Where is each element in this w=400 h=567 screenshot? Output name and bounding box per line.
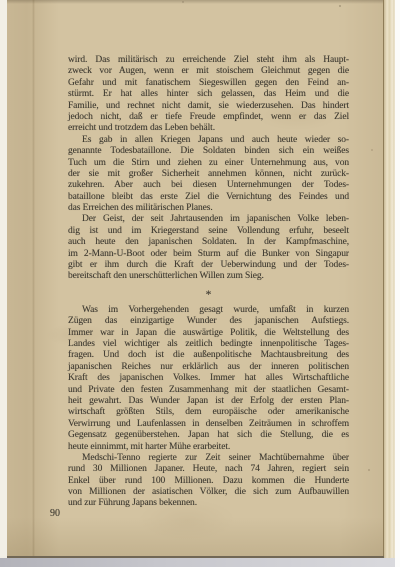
text-line: Verwirrung und Laufenlassen in denselben… xyxy=(68,419,349,430)
text-line: heit gewahrt. Das Wunder Japan ist der E… xyxy=(68,396,349,407)
text-line: heute einnimmt, mit harter Mühe erarbeit… xyxy=(68,442,349,453)
text-line: im 2-Mann-U-Boot oder beim Sturm auf die… xyxy=(68,249,349,260)
text-line: und Private den festen Zusammenhang mit … xyxy=(68,385,349,396)
text-line: zweck vor Augen, wenn er mit stoischem G… xyxy=(68,66,349,77)
text-line: japanischen Reiches nur erklärlich aus d… xyxy=(68,362,349,373)
text-line: Gegensatz gegenüberstehen. Japan hat sic… xyxy=(68,430,349,441)
scanner-background xyxy=(0,558,396,567)
text-line: genannte Todesbataillone. Die Soldaten b… xyxy=(68,146,349,157)
text-line: wirtschaft größten Stils, dem europäisch… xyxy=(68,407,349,418)
text-line: der sie mit großer Sicherheit annehmen k… xyxy=(68,169,349,180)
text-line: und zur Führung Japans bekennen. xyxy=(68,498,349,509)
text-line: bataillone bleibt das erste Ziel die Ver… xyxy=(68,192,349,203)
text-line: gibt er ihm durch die Kraft der Ueberwin… xyxy=(68,260,349,271)
text-line: Enkel über rund 100 Millionen. Dazu komm… xyxy=(68,476,349,487)
text-line: wird. Das militärisch zu erreichende Zie… xyxy=(68,55,349,66)
book-page: wird. Das militärisch zu erreichende Zie… xyxy=(7,0,384,556)
text-line: fragen. Und doch ist die außenpolitische… xyxy=(68,350,349,361)
page-edge-stack xyxy=(384,0,395,559)
text-line: rund 30 Millionen Japaner. Heute, nach 7… xyxy=(68,464,349,475)
page-crease xyxy=(32,0,35,556)
text-line: bereitschaft den unerschütterlichen Will… xyxy=(68,271,349,282)
text-line: Zügen das einzigartige Wunder des japani… xyxy=(68,316,349,327)
text-line: stürmt. Er hat alles hinter sich gelasse… xyxy=(68,89,349,100)
scan-margin-right xyxy=(395,0,400,567)
text-line: Landes viel wichtiger als zeitlich bedin… xyxy=(68,339,349,350)
text-line: Es gab in allen Kriegen Japans und auch … xyxy=(68,135,349,146)
page-number: 90 xyxy=(50,508,60,519)
text-line: Medschi-Tenno regierte zur Zeit seiner M… xyxy=(68,453,349,464)
text-line: Was im Vorhergehenden gesagt wurde, umfa… xyxy=(68,305,349,316)
scanned-book-page: wird. Das militärisch zu erreichende Zie… xyxy=(0,0,400,567)
text-line: zukehren. Aber auch bei diesen Unternehm… xyxy=(68,180,349,191)
text-line: Familie, und rechnet nicht damit, sie wi… xyxy=(68,101,349,112)
text-line: dig ist und im Kriegerstand seine Vollen… xyxy=(68,226,349,237)
text-block: wird. Das militärisch zu erreichende Zie… xyxy=(68,55,349,510)
text-line: das Erreichen des militärischen Planes. xyxy=(68,203,349,214)
section-separator: * xyxy=(68,283,349,305)
text-line: auch heute den japanischen Soldaten. In … xyxy=(68,237,349,248)
text-line: jedoch nicht, daß er tiefe Freude empfin… xyxy=(68,112,349,123)
text-line: Tuch um die Stirn und ziehen zu einer Un… xyxy=(68,158,349,169)
text-line: erreicht und trotzdem das Leben behält. xyxy=(68,123,349,134)
text-line: Der Geist, der seit Jahrtausenden im jap… xyxy=(68,214,349,225)
text-line: Kraft des japanischen Volkes. Immer hat … xyxy=(68,373,349,384)
text-line: Immer war in Japan die auswärtige Politi… xyxy=(68,328,349,339)
text-line: Gefahr und mit fanatischem Siegeswillen … xyxy=(68,78,349,89)
scan-margin-left xyxy=(0,0,7,567)
text-line: von Millionen der asiatischen Völker, di… xyxy=(68,487,349,498)
